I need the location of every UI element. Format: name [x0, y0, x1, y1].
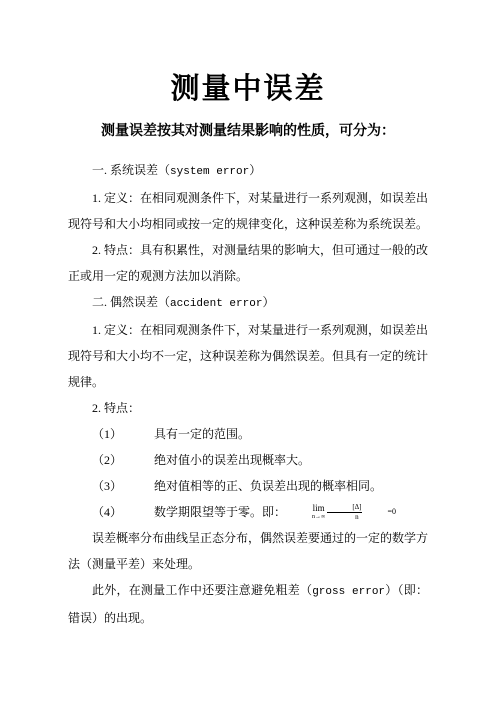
- limit-formula: limn→∞[Δ]n=0: [288, 504, 396, 521]
- paragraph: （1）具有一定的范围。: [68, 421, 428, 447]
- document-body: 一. 系统误差（system error）1. 定义：在相同观测条件下，对某量进…: [0, 157, 496, 631]
- document-title: 测量中误差: [0, 0, 496, 108]
- text-run: ）: [249, 163, 261, 177]
- text-run: 1. 定义：在相同观测条件下，对某量进行一系列观测，如误差出现符号和大小均不一定…: [68, 323, 428, 389]
- text-run: 一. 系统误差（: [92, 163, 170, 177]
- text-run: 1. 定义：在相同观测条件下，对某量进行一系列观测，如误差出现符号和大小均相同或…: [68, 191, 428, 231]
- fraction-numerator: [Δ]: [327, 504, 362, 513]
- fraction: [Δ]n: [327, 504, 362, 521]
- text-run: （2）: [92, 453, 122, 467]
- limit-operator: lim: [289, 504, 325, 513]
- paragraph: 一. 系统误差（system error）: [68, 157, 428, 185]
- paragraph: 1. 定义：在相同观测条件下，对某量进行一系列观测，如误差出现符号和大小均不一定…: [68, 317, 428, 395]
- document-subtitle: 测量误差按其对测量结果影响的性质，可分为：: [0, 120, 496, 140]
- limit-operator-block: limn→∞: [288, 504, 325, 520]
- text-run: ）: [262, 295, 274, 309]
- text-run: 此外，在测量工作中还要注意避免粗差（: [92, 583, 312, 597]
- fraction-denominator: n: [331, 513, 359, 521]
- text-run: （4）: [92, 505, 122, 519]
- limit-subscript: n→∞: [288, 514, 325, 520]
- paragraph: 二. 偶然误差（accident error）: [68, 289, 428, 317]
- english-term: gross error: [312, 586, 385, 598]
- text-run: 二. 偶然误差（: [92, 295, 170, 309]
- text-run: 具有一定的范围。: [154, 427, 250, 441]
- text-run: 误差概率分布曲线呈正态分布，偶然误差要通过的一定的数学方法（测量平差）来处理。: [68, 531, 428, 571]
- paragraph: 误差概率分布曲线呈正态分布，偶然误差要通过的一定的数学方法（测量平差）来处理。: [68, 525, 428, 577]
- text-run: 2. 特点：: [92, 401, 140, 415]
- paragraph: 1. 定义：在相同观测条件下，对某量进行一系列观测，如误差出现符号和大小均相同或…: [68, 185, 428, 237]
- paragraph: （4）数学期限望等于零。即：limn→∞[Δ]n=0: [68, 499, 428, 525]
- text-run: 2. 特点：具有积累性，对测量结果的影响大，但可通过一般的改正或用一定的观测方法…: [68, 243, 428, 283]
- paragraph: （2）绝对值小的误差出现概率大。: [68, 447, 428, 473]
- text-run: （3）: [92, 479, 122, 493]
- document-page: 测量中误差 测量误差按其对测量结果影响的性质，可分为： 一. 系统误差（syst…: [0, 0, 496, 702]
- paragraph: （3）绝对值相等的正、负误差出现的概率相同。: [68, 473, 428, 499]
- paragraph: 此外，在测量工作中还要注意避免粗差（gross error）（即：错误）的出现。: [68, 577, 428, 631]
- text-run: （1）: [92, 427, 122, 441]
- formula-equals: =0: [363, 508, 396, 516]
- text-run: 数学期限望等于零。即：: [154, 505, 286, 519]
- paragraph: 2. 特点：具有积累性，对测量结果的影响大，但可通过一般的改正或用一定的观测方法…: [68, 237, 428, 289]
- english-term: system error: [170, 166, 249, 178]
- paragraph: 2. 特点：: [68, 395, 428, 421]
- english-term: accident error: [170, 298, 262, 310]
- text-run: 绝对值相等的正、负误差出现的概率相同。: [154, 479, 382, 493]
- text-run: 绝对值小的误差出现概率大。: [154, 453, 310, 467]
